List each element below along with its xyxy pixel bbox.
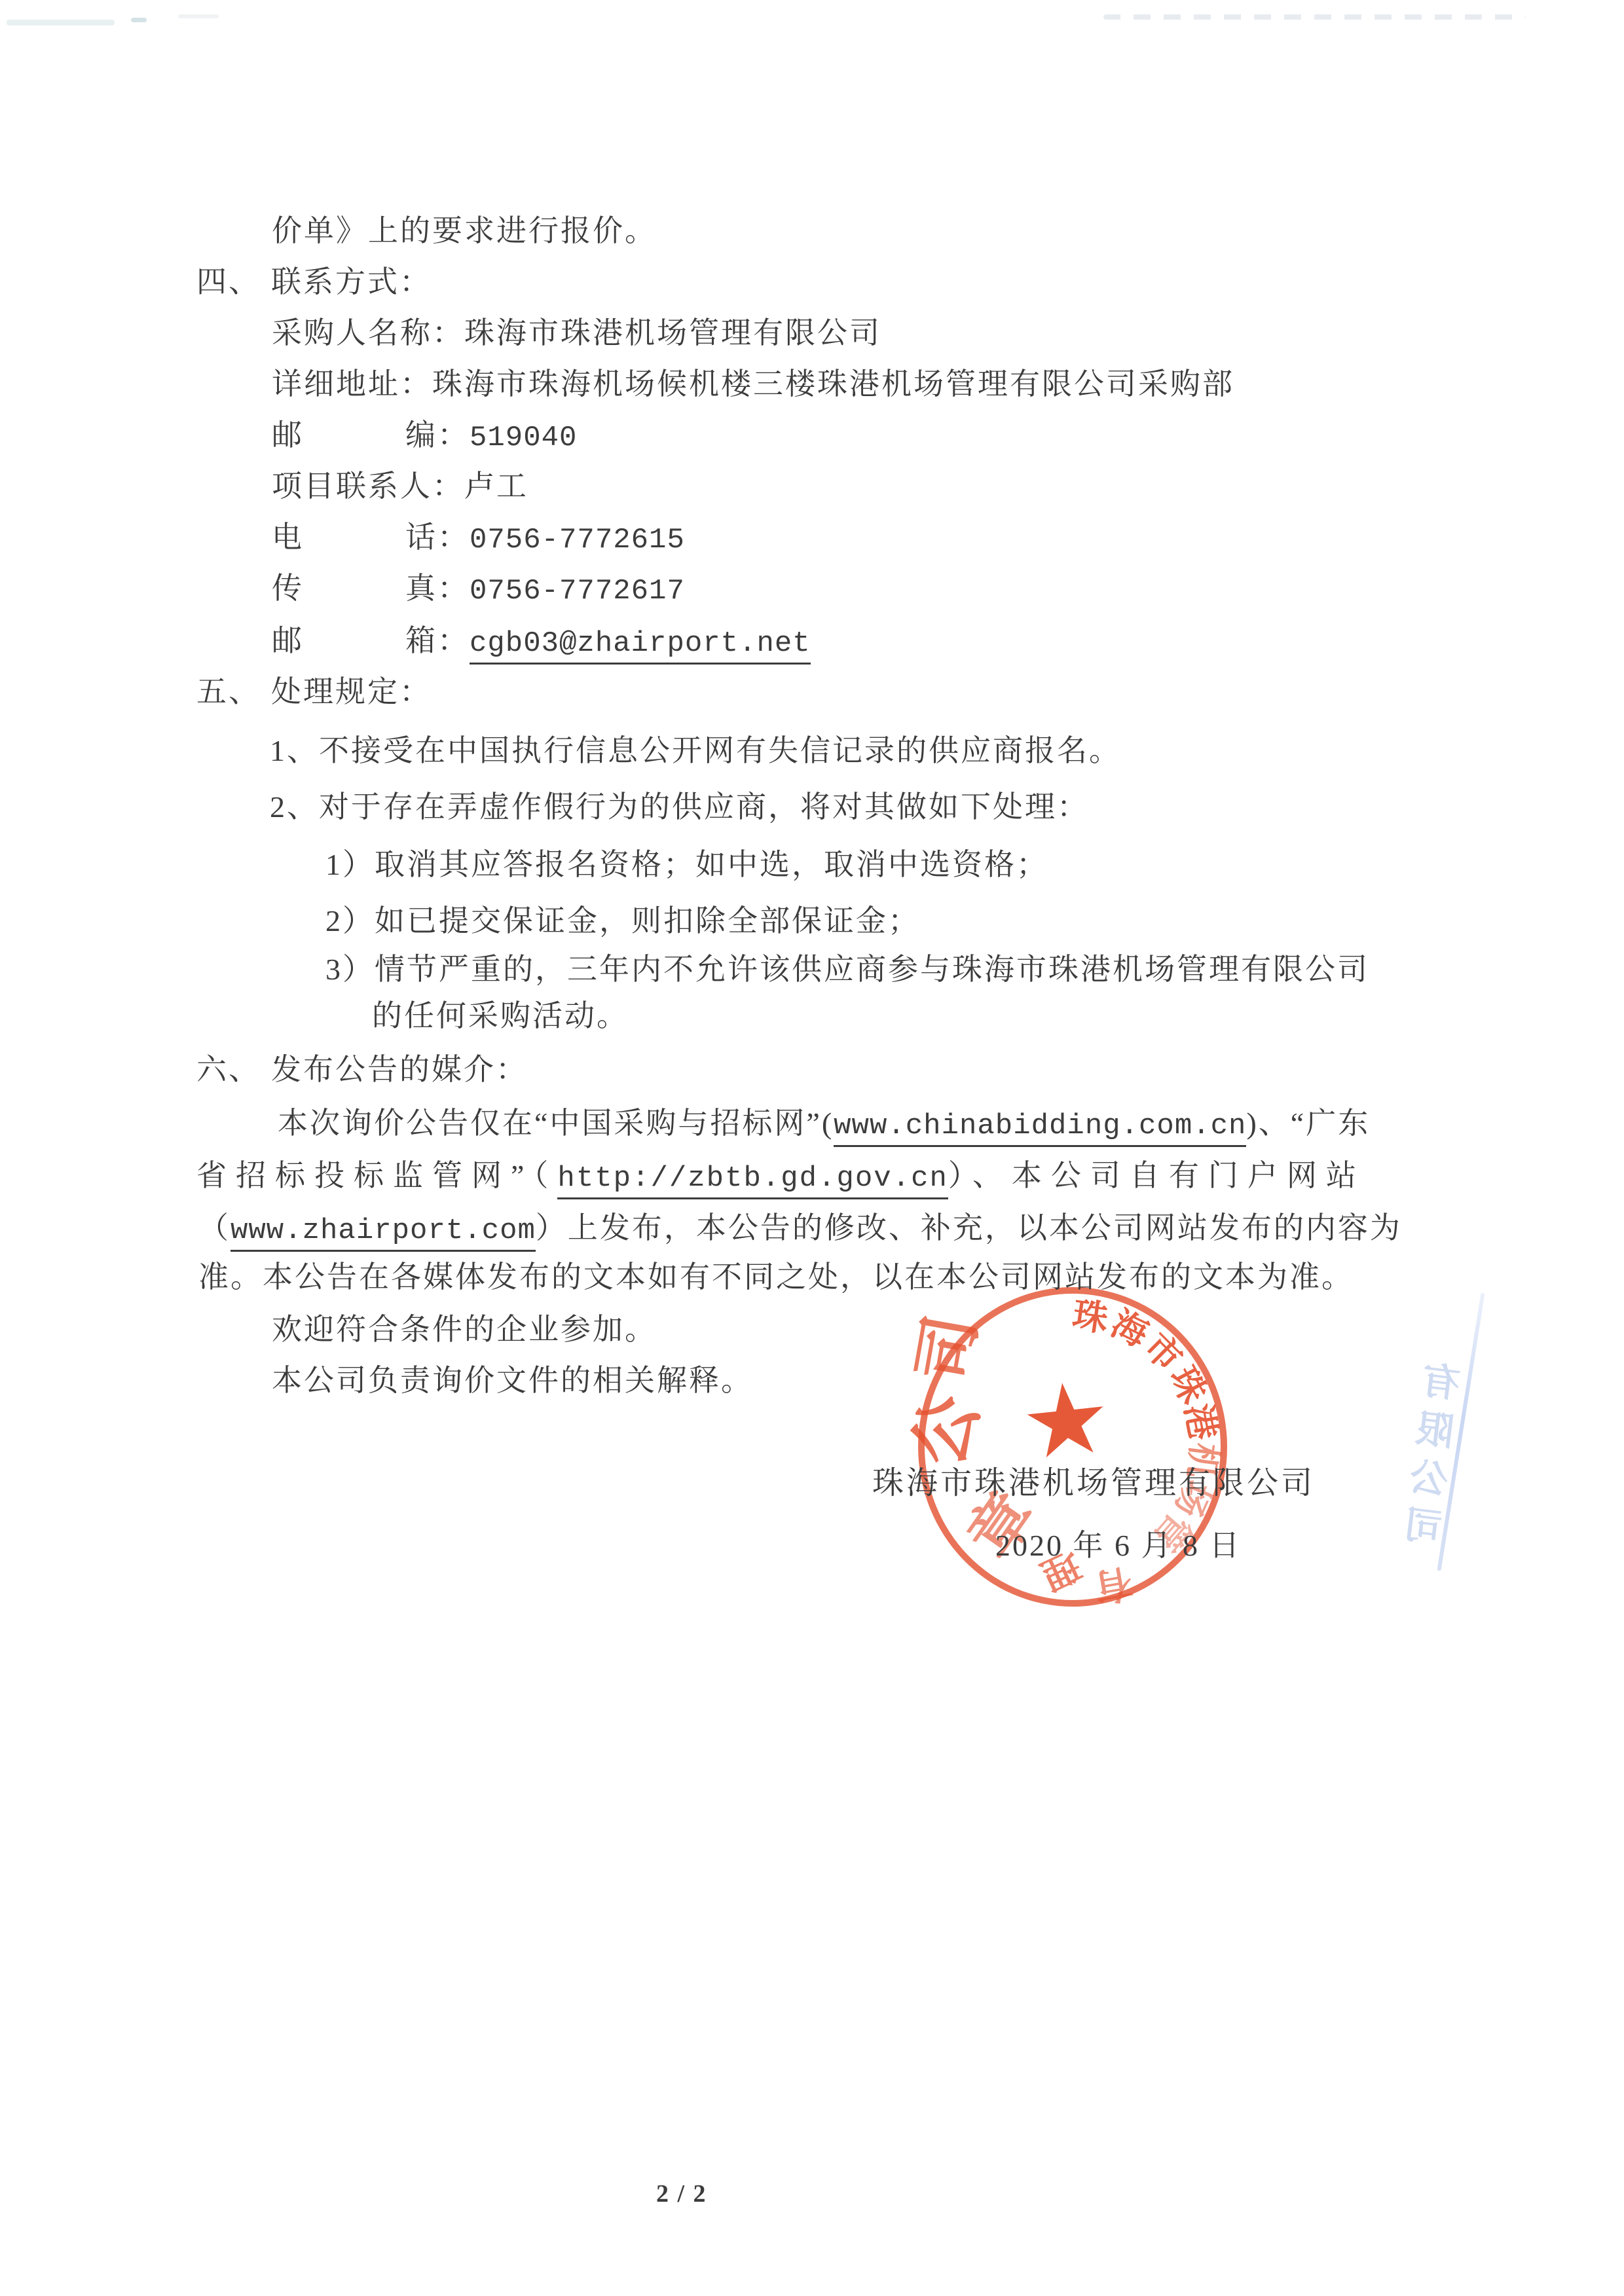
text: 价单》上的要求进行报价。 xyxy=(272,214,657,247)
text: )、“广东 xyxy=(1246,1106,1370,1140)
scan-artifact xyxy=(7,20,115,26)
text: 1）取消其应答报名资格；如中选，取消中选资格； xyxy=(325,848,1048,881)
field-value: 0756-7772615 xyxy=(470,524,685,556)
address-line: 详细地址：珠海市珠海机场候机楼三楼珠港机场管理有限公司采购部 xyxy=(272,365,1234,403)
text: 3）情节严重的，三年内不允许该供应商参与珠海市珠港机场管理有限公司 xyxy=(325,953,1369,986)
document-page: 价单》上的要求进行报价。 四、联系方式： 采购人名称：珠海市珠港机场管理有限公司… xyxy=(0,0,1624,2296)
scan-artifact xyxy=(1103,14,1526,20)
field-value: 519040 xyxy=(470,422,577,454)
intro-continuation-line: 价单》上的要求进行报价。 xyxy=(272,212,657,250)
text: 准。本公告在各媒体发布的文本如有不同之处，以在本公司网站发布的文本为准。 xyxy=(198,1260,1354,1294)
text: 2）如已提交保证金，则扣除全部保证金； xyxy=(325,904,920,938)
field-label: 邮 xyxy=(272,624,304,657)
seal-arc-char: 海 xyxy=(1106,1305,1153,1353)
section-heading-five: 五、处理规定： xyxy=(196,673,432,711)
purchaser-line: 采购人名称：珠海市珠港机场管理有限公司 xyxy=(272,314,881,352)
media-paragraph-line-1: 本次询价公告仅在“中国采购与招标网”(www.chinabidding.com.… xyxy=(278,1104,1370,1145)
text: ）上发布，本公告的修改、补充，以本公司网站发布的内容为 xyxy=(536,1211,1402,1245)
contact-person-line: 项目联系人：卢工 xyxy=(272,467,528,505)
responsibility-line: 本公司负责询价文件的相关解释。 xyxy=(272,1362,753,1400)
seal-arc-char: 市 xyxy=(1138,1328,1188,1377)
email-address: cgb03@zhairport.net xyxy=(470,627,811,665)
rule-sub-item-3: 3）情节严重的，三年内不允许该供应商参与珠海市珠港机场管理有限公司 xyxy=(325,951,1369,989)
rule-sub-item-3-continuation: 的任何采购活动。 xyxy=(372,997,629,1035)
section-title: 发布公告的媒介： xyxy=(271,1053,528,1086)
text: 的任何采购活动。 xyxy=(372,999,629,1032)
field-label: 电 xyxy=(272,520,304,554)
field-value: 珠海市珠海机场候机楼三楼珠港机场管理有限公司采购部 xyxy=(432,367,1234,401)
section-heading-six: 六、发布公告的媒介： xyxy=(196,1051,528,1089)
text: 本公司负责询价文件的相关解释。 xyxy=(272,1364,753,1397)
seal-ghost-char: 有 xyxy=(1092,1563,1135,1605)
fax-line: 传真：0756-7772617 xyxy=(272,570,685,610)
rule-item-2: 2、对于存在弄虚作假行为的供应商，将对其做如下处理： xyxy=(270,788,1089,826)
url-chinabidding: www.chinabidding.com.cn xyxy=(834,1110,1246,1147)
rule-sub-item-2: 2）如已提交保证金，则扣除全部保证金； xyxy=(325,902,920,940)
star-icon: ★ xyxy=(1016,1366,1115,1474)
seal-arc-char: 珠 xyxy=(1164,1361,1211,1409)
field-value: 卢工 xyxy=(464,469,528,503)
field-label: 真： xyxy=(405,572,470,605)
field-label: 话： xyxy=(405,520,470,554)
section-title: 处理规定： xyxy=(271,675,432,708)
text: 2020 年 6 月 8 日 xyxy=(995,1529,1242,1562)
field-label: 项目联系人： xyxy=(272,469,464,503)
url-zbtb: http://zbtb.gd.gov.cn xyxy=(557,1162,948,1199)
text: 欢迎符合条件的企业参加。 xyxy=(272,1313,657,1346)
signature-company: 珠海市珠港机场管理有限公司 xyxy=(872,1465,1315,1503)
text: 1、不接受在中国执行信息公开网有失信记录的供应商报名。 xyxy=(270,734,1121,767)
bleed-ghost-text: 有限公司 xyxy=(1396,1359,1474,1558)
field-label: 箱： xyxy=(405,624,470,657)
page-number: 2 / 2 xyxy=(656,2175,707,2213)
text: 2、对于存在弄虚作假行为的供应商，将对其做如下处理： xyxy=(270,790,1089,824)
field-label: 编： xyxy=(405,418,470,452)
text: （ xyxy=(198,1211,231,1245)
text: 本次询价公告仅在“中国采购与招标网”( xyxy=(278,1106,834,1140)
section-number: 六、 xyxy=(196,1053,261,1086)
text: ）、本公司自有门户网站 xyxy=(948,1159,1365,1192)
media-paragraph-line-2: 省招标投标监管网”（http://zbtb.gd.gov.cn）、本公司自有门户… xyxy=(196,1157,1365,1197)
url-zhairport: www.zhairport.com xyxy=(231,1214,536,1252)
field-label: 邮 xyxy=(272,418,304,452)
field-value: 0756-7772617 xyxy=(470,575,685,608)
text: 省招标投标监管网”（ xyxy=(196,1159,557,1192)
welcome-line: 欢迎符合条件的企业参加。 xyxy=(272,1311,657,1349)
field-value: 珠海市珠港机场管理有限公司 xyxy=(464,316,881,350)
seal-ghost-char: 司 xyxy=(925,1313,972,1384)
scan-artifact xyxy=(178,14,219,18)
seal-arc-char: 港 xyxy=(1179,1401,1221,1442)
rule-item-1: 1、不接受在中国执行信息公开网有失信记录的供应商报名。 xyxy=(270,732,1121,770)
telephone-line: 电话：0756-7772615 xyxy=(272,519,685,559)
seal-arc-char: 珠 xyxy=(1071,1298,1111,1338)
field-label: 采购人名称： xyxy=(272,316,464,350)
zip-line: 邮编：519040 xyxy=(272,416,577,457)
media-paragraph-line-3: （www.zhairport.com）上发布，本公告的修改、补充，以本公司网站发… xyxy=(198,1209,1402,1250)
field-label: 详细地址： xyxy=(272,367,432,401)
section-heading-four: 四、联系方式： xyxy=(196,263,432,301)
rule-sub-item-1: 1）取消其应答报名资格；如中选，取消中选资格； xyxy=(325,846,1048,884)
text: 2 / 2 xyxy=(656,2180,707,2208)
scan-artifact xyxy=(131,18,147,22)
seal-ghost-char: 公 xyxy=(919,1393,974,1469)
section-number: 四、 xyxy=(196,265,261,299)
text: 珠海市珠港机场管理有限公司 xyxy=(872,1466,1315,1501)
email-line: 邮箱：cgb03@zhairport.net xyxy=(272,622,811,663)
section-title: 联系方式： xyxy=(271,265,432,299)
media-paragraph-line-4: 准。本公告在各媒体发布的文本如有不同之处，以在本公司网站发布的文本为准。 xyxy=(198,1258,1354,1296)
section-number: 五、 xyxy=(196,675,261,708)
field-label: 传 xyxy=(272,572,304,605)
signature-date: 2020 年 6 月 8 日 xyxy=(995,1527,1242,1565)
